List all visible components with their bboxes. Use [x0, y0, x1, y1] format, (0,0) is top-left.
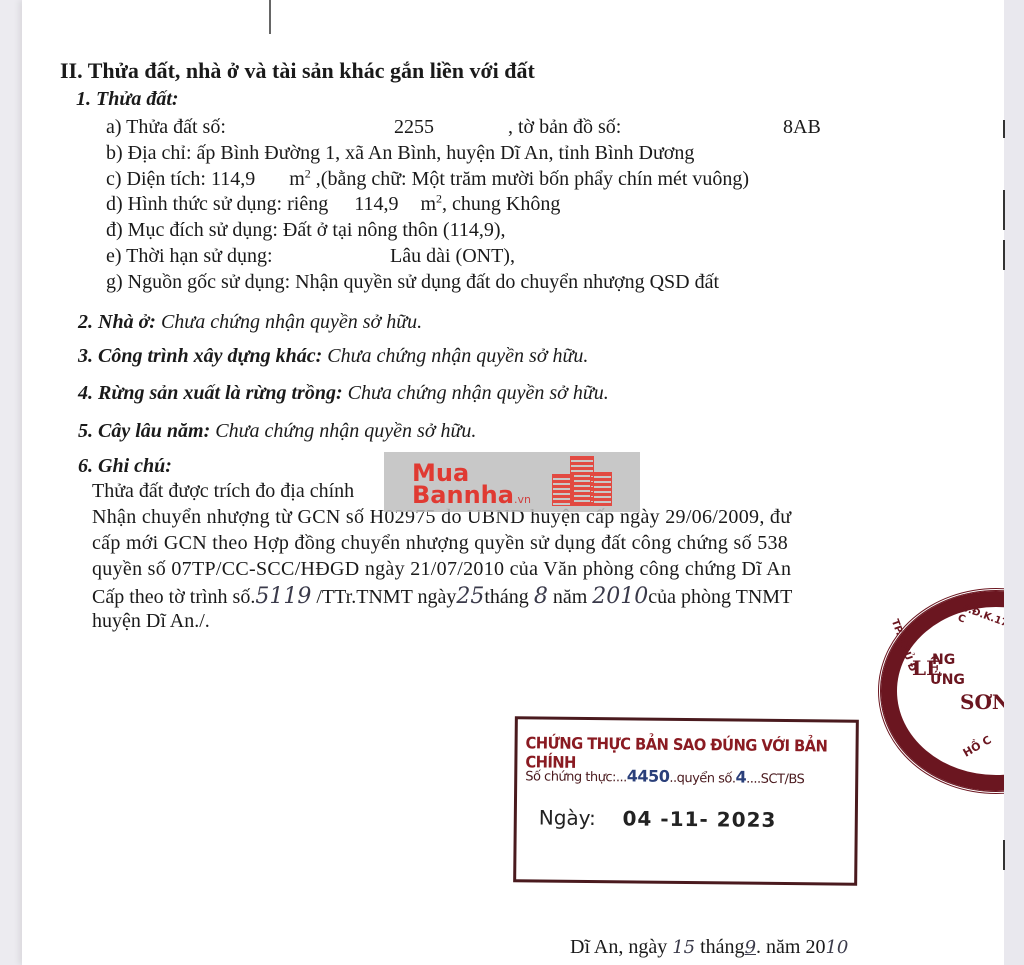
stamp-number-label: Số chứng thực:...: [525, 769, 627, 785]
item-production-forest: 4. Rừng sản xuất là rừng trồng: Chưa chứ…: [78, 382, 609, 405]
area-in-words: ,(bằng chữ: Một trăm mười bốn phẩy chín …: [311, 168, 749, 190]
handwritten-day: 25: [456, 584, 484, 609]
stamp-date-label: Ngày:: [539, 805, 596, 830]
usage-term-label: e) Thời hạn sử dụng:: [106, 245, 273, 268]
usage-form-label: d) Hình thức sử dụng: riêng: [106, 193, 328, 215]
watermark-line2: Bannha: [412, 481, 514, 509]
item-label: 5. Cây lâu năm:: [78, 420, 210, 442]
usage-purpose-line: đ) Mục đích sử dụng: Đất ở tại nông thôn…: [106, 219, 506, 242]
item-value: Chưa chứng nhận quyền sở hữu.: [343, 382, 609, 404]
item-label: 3. Công trình xây dựng khác:: [78, 345, 322, 367]
stamp-date-line: Ngày: 04 -11- 2023: [539, 805, 777, 831]
stamp-number-line: Số chứng thực:...4450..quyển số.4....SCT…: [525, 765, 804, 787]
text: /TTr.TNMT ngày: [311, 586, 456, 608]
usage-unit: m: [420, 193, 436, 215]
text: tháng: [484, 586, 533, 608]
stamp-book-value: 4: [735, 768, 746, 787]
text: tháng: [695, 936, 744, 958]
stamp-suffix: SCT/BS: [761, 772, 805, 787]
signature-date: Dĩ An, ngày 15 tháng9. năm 2010: [570, 936, 848, 959]
parcel-number-label: a) Thửa đất số:: [106, 116, 226, 139]
item-value: Chưa chứng nhận quyền sở hữu.: [156, 311, 422, 333]
page-edge: [1004, 0, 1024, 965]
notes-line: huyện Dĩ An./.: [92, 610, 210, 633]
stamp-book-label: quyển số: [677, 771, 732, 787]
map-sheet-label: , tờ bản đồ số:: [508, 116, 621, 139]
scan-mark: [1003, 120, 1005, 138]
section-title: II. Thửa đất, nhà ở và tài sản khác gắn …: [60, 58, 535, 84]
stamp-date-value: 04 -11- 2023: [622, 806, 776, 832]
notes-line: cấp mới GCN theo Hợp đồng chuyển nhượng …: [92, 532, 788, 555]
text: . năm 20: [756, 936, 825, 958]
parcel-heading: 1. Thửa đất:: [76, 88, 179, 111]
item-other-construction: 3. Công trình xây dựng khác: Chưa chứng …: [78, 345, 588, 368]
text: Cấp theo tờ trình số.: [92, 586, 255, 608]
usage-origin-line: g) Nguồn gốc sử dụng: Nhận quyền sử dụng…: [106, 271, 719, 294]
handwritten-month: 9: [745, 937, 756, 958]
watermark-text: Mua Bannha.vn: [412, 462, 531, 511]
usage-term-value: Lâu dài (ONT),: [390, 245, 515, 268]
stamp-number-value: 4450: [627, 766, 670, 785]
building-icon: [590, 472, 612, 506]
parcel-number-value: 2255: [394, 116, 434, 139]
item-label: 2. Nhà ở:: [78, 311, 156, 333]
notes-heading: 6. Ghi chú:: [78, 455, 172, 478]
text: năm: [548, 586, 592, 608]
usage-common-value: , chung Không: [442, 193, 560, 215]
notes-line: Thửa đất được trích đo địa chính: [92, 480, 354, 503]
item-label: 4. Rừng sản xuất là rừng trồng:: [78, 382, 343, 404]
usage-form-line: d) Hình thức sử dụng: riêng114,9m2, chun…: [106, 193, 560, 216]
scan-mark: [1003, 240, 1005, 270]
certification-stamp: CHỨNG THỰC BẢN SAO ĐÚNG VỚI BẢN CHÍNH Số…: [513, 716, 859, 886]
handwritten-year: 2010: [592, 584, 648, 609]
item-perennial-trees: 5. Cây lâu năm: Chưa chứng nhận quyền sở…: [78, 420, 476, 443]
watermark-suffix: .vn: [514, 493, 531, 506]
text: của phòng TNMT: [648, 586, 792, 608]
notes-line: Cấp theo tờ trình số.5119 /TTr.TNMT ngày…: [92, 584, 792, 609]
area-line: c) Diện tích: 114,9m2 ,(bằng chữ: Một tr…: [106, 168, 749, 191]
area-value: 114,9: [211, 168, 255, 190]
handwritten-month: 8: [534, 584, 548, 609]
map-sheet-value: 8AB: [783, 116, 821, 139]
text: Dĩ An, ngày: [570, 936, 672, 958]
area-label: c) Diện tích:: [106, 168, 211, 190]
handwritten-year: 10: [825, 937, 848, 958]
notes-line: quyền số 07TP/CC-SCC/HĐGD ngày 21/07/201…: [92, 558, 791, 581]
scan-mark: [1003, 840, 1005, 870]
handwritten-report-number: 5119: [255, 584, 311, 609]
address-line: b) Địa chỉ: ấp Bình Đường 1, xã An Bình,…: [106, 142, 694, 165]
scan-mark: [1003, 190, 1005, 230]
area-unit: m: [289, 168, 305, 190]
usage-private-value: 114,9: [354, 193, 398, 215]
item-value: Chưa chứng nhận quyền sở hữu.: [210, 420, 476, 442]
handwritten-day: 15: [672, 937, 695, 958]
scan-mark: [269, 0, 271, 34]
item-value: Chưa chứng nhận quyền sở hữu.: [322, 345, 588, 367]
watermark-logo: Mua Bannha.vn: [384, 452, 640, 512]
item-house: 2. Nhà ở: Chưa chứng nhận quyền sở hữu.: [78, 311, 422, 334]
